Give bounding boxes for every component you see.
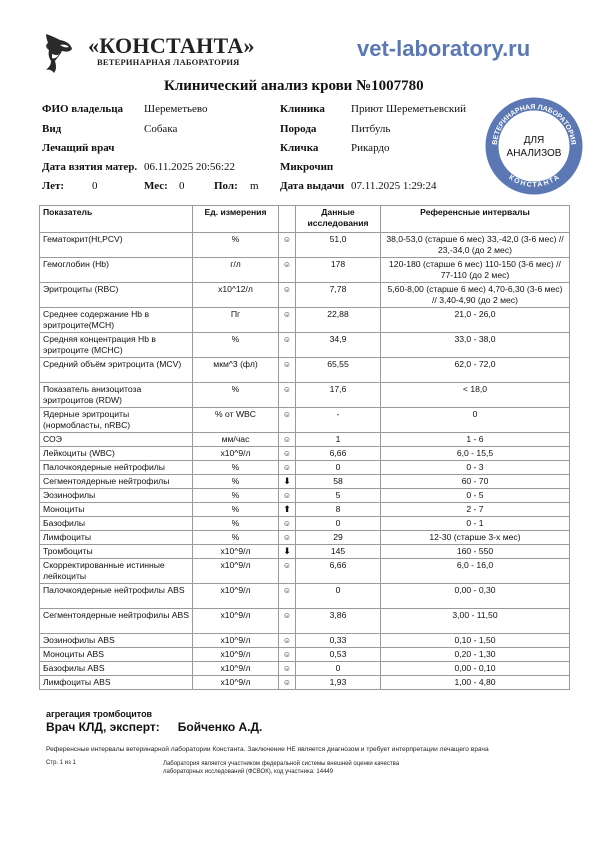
result-value: 8: [296, 503, 381, 517]
parameter-name: Лейкоциты (WBC): [40, 447, 193, 461]
unit: x10^9/л: [193, 609, 279, 634]
table-row: Эозинофилы%☺50 - 5: [40, 489, 570, 503]
reference-range: 3,00 - 11,50: [381, 609, 570, 634]
unit: %: [193, 383, 279, 408]
parameter-name: Базофилы: [40, 517, 193, 531]
smiley-icon: ☺: [283, 491, 291, 500]
years-label: Лет:: [42, 180, 64, 192]
sex-value: m: [250, 180, 259, 192]
table-row: СОЭмм/час☺11 - 6: [40, 433, 570, 447]
reference-range: 12-30 (старше 3-х мес): [381, 531, 570, 545]
signer-label: Врач КЛД, эксперт:: [46, 720, 160, 734]
reference-range: 6,0 - 16,0: [381, 559, 570, 584]
lab-brand-name: «КОНСТАНТА»: [88, 33, 255, 59]
reference-range: < 18,0: [381, 383, 570, 408]
species-value: Собака: [144, 123, 177, 135]
header-value: Данные исследования: [296, 206, 381, 233]
platelet-aggregation-note: агрегация тромбоцитов: [46, 709, 152, 719]
flag-cell: ☺: [279, 433, 296, 447]
smiley-icon: ☺: [283, 561, 291, 570]
flag-cell: ☺: [279, 258, 296, 283]
smiley-icon: ☺: [283, 435, 291, 444]
table-row: Лимфоциты ABSx10^9/л☺1,931,00 - 4,80: [40, 676, 570, 690]
result-value: 1,93: [296, 676, 381, 690]
smiley-icon: ☺: [283, 385, 291, 394]
smiley-icon: ☺: [283, 636, 291, 645]
pet-name-value: Рикардо: [351, 142, 390, 154]
flag-cell: ⬇: [279, 545, 296, 559]
unit: %: [193, 475, 279, 489]
flag-cell: ☺: [279, 584, 296, 609]
reference-range: 5,60-8,00 (старше 6 мес) 4,70-6,30 (3-6 …: [381, 283, 570, 308]
flag-cell: ☺: [279, 634, 296, 648]
months-value: 0: [179, 180, 185, 192]
months-label: Мес:: [144, 180, 168, 192]
header-parameter: Показатель: [40, 206, 193, 233]
result-value: 1: [296, 433, 381, 447]
result-value: 0,33: [296, 634, 381, 648]
unit: % от WBC: [193, 408, 279, 433]
unit: мкм^3 (фл): [193, 358, 279, 383]
page-number: Стр. 1 из 1: [46, 760, 76, 766]
parameter-name: Тромбоциты: [40, 545, 193, 559]
smiley-icon: ☺: [283, 678, 291, 687]
reference-range: 1 - 6: [381, 433, 570, 447]
flag-cell: ☺: [279, 559, 296, 584]
parameter-name: Эозинофилы ABS: [40, 634, 193, 648]
smiley-icon: ☺: [283, 235, 291, 244]
result-value: 7,78: [296, 283, 381, 308]
parameter-name: Среднее содержание Hb в эритроците(MCH): [40, 308, 193, 333]
parameter-name: СОЭ: [40, 433, 193, 447]
smiley-icon: ☺: [283, 650, 291, 659]
flag-cell: ☺: [279, 283, 296, 308]
signer-name: Бойченко А.Д.: [178, 720, 263, 734]
parameter-name: Палочкоядерные нейтрофилы: [40, 461, 193, 475]
reference-range: 0,00 - 0,30: [381, 584, 570, 609]
parameter-name: Средний объём эритроцита (MCV): [40, 358, 193, 383]
results-table: Показатель Ед. измерения Данные исследов…: [39, 205, 570, 690]
fsvok-line-1: Лаборатория является участником федераль…: [163, 760, 463, 768]
orca-logo-icon: [40, 30, 74, 74]
result-value: 58: [296, 475, 381, 489]
unit: x10^9/л: [193, 662, 279, 676]
table-row: Гемоглобин (Hb)г/л☺178120-180 (старше 6 …: [40, 258, 570, 283]
unit: x10^9/л: [193, 447, 279, 461]
reference-range: 160 - 550: [381, 545, 570, 559]
parameter-name: Показатель анизоцитоза эритроцитов (RDW): [40, 383, 193, 408]
result-value: 178: [296, 258, 381, 283]
flag-cell: ☺: [279, 489, 296, 503]
flag-cell: ☺: [279, 308, 296, 333]
reference-range: 2 - 7: [381, 503, 570, 517]
table-row: Моноциты%⬆82 - 7: [40, 503, 570, 517]
reference-range: 33,0 - 38,0: [381, 333, 570, 358]
flag-cell: ☺: [279, 676, 296, 690]
table-row: Сегментоядерные нейтрофилы ABSx10^9/л☺3,…: [40, 609, 570, 634]
table-row: Эритроциты (RBC)x10^12/л☺7,785,60-8,00 (…: [40, 283, 570, 308]
table-header-row: Показатель Ед. измерения Данные исследов…: [40, 206, 570, 233]
reference-range: 60 - 70: [381, 475, 570, 489]
chip-label: Микрочип: [280, 161, 333, 173]
smiley-icon: ☺: [283, 449, 291, 458]
smiley-icon: ☺: [283, 463, 291, 472]
table-row: Среднее содержание Hb в эритроците(MCH)П…: [40, 308, 570, 333]
result-value: -: [296, 408, 381, 433]
result-value: 0: [296, 584, 381, 609]
breed-value: Питбуль: [351, 123, 390, 135]
smiley-icon: ☺: [283, 611, 291, 620]
pet-name-label: Кличка: [280, 142, 318, 154]
result-value: 0: [296, 662, 381, 676]
table-row: Лейкоциты (WBC)x10^9/л☺6,666,0 - 15,5: [40, 447, 570, 461]
table-row: Моноциты ABSx10^9/л☺0,530,20 - 1,30: [40, 648, 570, 662]
flag-cell: ☺: [279, 333, 296, 358]
flag-cell: ☺: [279, 233, 296, 258]
reference-range: 0,10 - 1,50: [381, 634, 570, 648]
table-row: Палочкоядерные нейтрофилы%☺00 - 3: [40, 461, 570, 475]
clinic-label: Клиника: [280, 103, 325, 115]
unit: %: [193, 461, 279, 475]
unit: x10^9/л: [193, 676, 279, 690]
parameter-name: Гемоглобин (Hb): [40, 258, 193, 283]
flag-cell: ☺: [279, 648, 296, 662]
fsvok-line-2: лабораторных исследований (ФСВОК), код у…: [163, 768, 463, 776]
owner-value: Шереметьево: [144, 103, 208, 115]
result-value: 145: [296, 545, 381, 559]
smiley-icon: ☺: [283, 533, 291, 542]
parameter-name: Сегментоядерные нейтрофилы: [40, 475, 193, 489]
unit: г/л: [193, 258, 279, 283]
breed-label: Порода: [280, 123, 316, 135]
smiley-icon: ☺: [283, 285, 291, 294]
result-value: 34,9: [296, 333, 381, 358]
parameter-name: Лимфоциты: [40, 531, 193, 545]
flag-cell: ☺: [279, 609, 296, 634]
unit: %: [193, 233, 279, 258]
result-value: 0: [296, 517, 381, 531]
flag-cell: ☺: [279, 531, 296, 545]
unit: x10^12/л: [193, 283, 279, 308]
reference-range: 0,00 - 0,10: [381, 662, 570, 676]
reference-range: 62,0 - 72,0: [381, 358, 570, 383]
flag-cell: ☺: [279, 517, 296, 531]
doctor-label: Лечащий врач: [42, 142, 114, 154]
parameter-name: Эозинофилы: [40, 489, 193, 503]
reference-range: 120-180 (старше 6 мес) 110-150 (3-6 мес)…: [381, 258, 570, 283]
table-row: Средняя концентрация Hb в эритроците (MC…: [40, 333, 570, 358]
result-value: 3,86: [296, 609, 381, 634]
reference-range: 1,00 - 4,80: [381, 676, 570, 690]
header-unit: Ед. измерения: [193, 206, 279, 233]
reference-range: 0 - 1: [381, 517, 570, 531]
reference-range: 0 - 5: [381, 489, 570, 503]
parameter-name: Ядерные эритроциты (нормобласты, nRBC): [40, 408, 193, 433]
table-row: Лимфоциты%☺2912-30 (старше 3-х мес): [40, 531, 570, 545]
unit: x10^9/л: [193, 559, 279, 584]
smiley-icon: ☺: [283, 410, 291, 419]
svg-text:ДЛЯ: ДЛЯ: [524, 135, 545, 146]
smiley-icon: ☺: [283, 664, 291, 673]
flag-cell: ☺: [279, 383, 296, 408]
reference-range: 38,0-53,0 (старше 6 мес) 33,-42,0 (3-6 м…: [381, 233, 570, 258]
reference-range: 0 - 3: [381, 461, 570, 475]
signer: Врач КЛД, эксперт:Бойченко А.Д.: [46, 720, 262, 734]
unit: x10^9/л: [193, 584, 279, 609]
unit: %: [193, 531, 279, 545]
table-row: Показатель анизоцитоза эритроцитов (RDW)…: [40, 383, 570, 408]
arrow-down-icon: ⬇: [283, 546, 291, 556]
header-reference: Референсные интервалы: [381, 206, 570, 233]
unit: x10^9/л: [193, 634, 279, 648]
table-row: Эозинофилы ABSx10^9/л☺0,330,10 - 1,50: [40, 634, 570, 648]
unit: %: [193, 489, 279, 503]
unit: x10^9/л: [193, 545, 279, 559]
smiley-icon: ☺: [283, 586, 291, 595]
flag-cell: ⬆: [279, 503, 296, 517]
parameter-name: Эритроциты (RBC): [40, 283, 193, 308]
smiley-icon: ☺: [283, 260, 291, 269]
parameter-name: Средняя концентрация Hb в эритроците (MC…: [40, 333, 193, 358]
sample-date-label: Дата взятия матер.: [42, 161, 137, 173]
reference-range: 6,0 - 15,5: [381, 447, 570, 461]
reference-range: 0: [381, 408, 570, 433]
arrow-up-icon: ⬆: [283, 504, 291, 514]
result-value: 0: [296, 461, 381, 475]
owner-label: ФИО владельца: [42, 103, 123, 115]
parameter-name: Моноциты ABS: [40, 648, 193, 662]
table-row: Базофилы%☺00 - 1: [40, 517, 570, 531]
result-value: 6,66: [296, 447, 381, 461]
result-value: 0,53: [296, 648, 381, 662]
arrow-down-icon: ⬇: [283, 476, 291, 486]
unit: Пг: [193, 308, 279, 333]
result-value: 5: [296, 489, 381, 503]
sex-label: Пол:: [214, 180, 238, 192]
reference-range: 21,0 - 26,0: [381, 308, 570, 333]
parameter-name: Скорректированные истинные лейкоциты: [40, 559, 193, 584]
unit: %: [193, 517, 279, 531]
unit: %: [193, 503, 279, 517]
table-row: Базофилы ABSx10^9/л☺00,00 - 0,10: [40, 662, 570, 676]
disclaimer-text: Референсные интервалы ветеринарной лабор…: [46, 746, 489, 753]
species-label: Вид: [42, 123, 61, 135]
smiley-icon: ☺: [283, 335, 291, 344]
parameter-name: Палочкоядерные нейтрофилы ABS: [40, 584, 193, 609]
table-row: Гематокрит(Ht,PCV)%☺51,038,0-53,0 (старш…: [40, 233, 570, 258]
table-row: Ядерные эритроциты (нормобласты, nRBC)% …: [40, 408, 570, 433]
unit: мм/час: [193, 433, 279, 447]
lab-brand-subtitle: ВЕТЕРИНАРНАЯ ЛАБОРАТОРИЯ: [97, 57, 240, 67]
fsvok-note: Лаборатория является участником федераль…: [163, 760, 463, 776]
clinic-value: Приют Шереметьевский: [351, 103, 466, 115]
years-value: 0: [92, 180, 98, 192]
flag-cell: ☺: [279, 408, 296, 433]
issue-date-label: Дата выдачи: [280, 180, 344, 192]
smiley-icon: ☺: [283, 519, 291, 528]
parameter-name: Лимфоциты ABS: [40, 676, 193, 690]
flag-cell: ⬇: [279, 475, 296, 489]
table-row: Сегментоядерные нейтрофилы%⬇5860 - 70: [40, 475, 570, 489]
lab-stamp-icon: ВЕТЕРИНАРНАЯ ЛАБОРАТОРИЯ КОНСТАНТА ДЛЯ А…: [484, 96, 584, 196]
smiley-icon: ☺: [283, 360, 291, 369]
header-flag: [279, 206, 296, 233]
result-value: 17,6: [296, 383, 381, 408]
issue-date-value: 07.11.2025 1:29:24: [351, 180, 436, 192]
table-row: Палочкоядерные нейтрофилы ABSx10^9/л☺00,…: [40, 584, 570, 609]
parameter-name: Базофилы ABS: [40, 662, 193, 676]
table-row: Тромбоцитыx10^9/л⬇145160 - 550: [40, 545, 570, 559]
reference-range: 0,20 - 1,30: [381, 648, 570, 662]
website-link[interactable]: vet-laboratory.ru: [357, 36, 530, 62]
result-value: 6,66: [296, 559, 381, 584]
svg-text:АНАЛИЗОВ: АНАЛИЗОВ: [507, 148, 562, 159]
table-row: Скорректированные истинные лейкоцитыx10^…: [40, 559, 570, 584]
flag-cell: ☺: [279, 662, 296, 676]
result-value: 29: [296, 531, 381, 545]
parameter-name: Гематокрит(Ht,PCV): [40, 233, 193, 258]
smiley-icon: ☺: [283, 310, 291, 319]
document-title: Клинический анализ крови №1007780: [164, 78, 424, 95]
result-value: 22,88: [296, 308, 381, 333]
parameter-name: Сегментоядерные нейтрофилы ABS: [40, 609, 193, 634]
sample-date-value: 06.11.2025 20:56:22: [144, 161, 235, 173]
unit: %: [193, 333, 279, 358]
flag-cell: ☺: [279, 461, 296, 475]
flag-cell: ☺: [279, 447, 296, 461]
unit: x10^9/л: [193, 648, 279, 662]
table-row: Средний объём эритроцита (MCV)мкм^3 (фл)…: [40, 358, 570, 383]
result-value: 51,0: [296, 233, 381, 258]
result-value: 65,55: [296, 358, 381, 383]
parameter-name: Моноциты: [40, 503, 193, 517]
flag-cell: ☺: [279, 358, 296, 383]
